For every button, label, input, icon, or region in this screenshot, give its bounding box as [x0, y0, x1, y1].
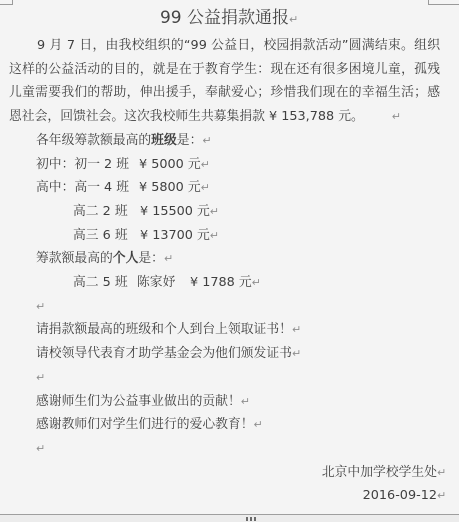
- title-text: 99 公益捐款通报: [160, 8, 289, 28]
- class-row-amount: ¥ 15500 元: [140, 204, 210, 219]
- empty-paragraph: ↵: [9, 366, 440, 390]
- class-row: 高三 6 班¥ 13700 元↵: [9, 224, 440, 248]
- document-window: { "colors": { "page_bg": "#f4f4f4", "tex…: [0, 0, 459, 522]
- heading-prefix: 筹款额最高的: [36, 251, 113, 266]
- scrollbar-drag-dots-icon[interactable]: [246, 517, 258, 521]
- individual-row: 高二 5 班陈家妤¥ 1788 元↵: [9, 271, 440, 295]
- individual-row-class: 高二 5 班: [73, 271, 137, 295]
- heading-suffix: 是：: [177, 133, 203, 148]
- class-row-label: 初中：初一 2 班: [36, 153, 139, 177]
- heading-bold: 班级: [151, 133, 177, 148]
- signature-date: 2016-09-12↵: [9, 484, 440, 508]
- heading-suffix: 是：: [138, 251, 164, 266]
- announcement-line: 请捐款额最高的班级和个人到台上领取证书！↵: [9, 318, 440, 342]
- thanks-text: 感谢师生们为公益事业做出的贡献！: [36, 394, 241, 409]
- heading-bold: 个人: [113, 251, 139, 266]
- thanks-line: 感谢教师们对学生们进行的爱心教育！↵: [9, 413, 440, 437]
- announcement-text: 请捐款额最高的班级和个人到台上领取证书！: [36, 322, 292, 337]
- class-row: 高中：高一 4 班¥ 5800 元↵: [9, 176, 440, 200]
- announcement-line: 请校领导代表育才助学基金会为他们颁发证书↵: [9, 342, 440, 366]
- empty-paragraph: ↵: [9, 437, 440, 461]
- class-section-heading: 各年级筹款额最高的班级是：↵: [9, 129, 440, 153]
- class-row-amount: ¥ 5000 元: [139, 157, 201, 172]
- announcement-text: 请校领导代表育才助学基金会为他们颁发证书: [36, 346, 292, 361]
- individual-section-heading: 筹款额最高的个人是：↵: [9, 247, 440, 271]
- thanks-text: 感谢教师们对学生们进行的爱心教育！: [36, 417, 254, 432]
- signature-org: 北京中加学校学生处↵: [9, 461, 440, 485]
- thanks-line: 感谢师生们为公益事业做出的贡献！↵: [9, 390, 440, 414]
- class-row: 高二 2 班¥ 15500 元↵: [9, 200, 440, 224]
- class-row-label: 高二 2 班: [73, 200, 140, 224]
- intro-paragraph: 9 月 7 日，由我校组织的“99 公益日，校园捐款活动”圆满结束。组织这样的公…: [9, 34, 440, 129]
- class-row-label: 高三 6 班: [73, 224, 140, 248]
- class-row: 初中：初一 2 班¥ 5000 元↵: [9, 153, 440, 177]
- document-page[interactable]: 99 公益捐款通报↵ 9 月 7 日，由我校组织的“99 公益日，校园捐款活动”…: [9, 0, 440, 508]
- signature-org-text: 北京中加学校学生处: [322, 465, 437, 480]
- intro-text: 9 月 7 日，由我校组织的“99 公益日，校园捐款活动”圆满结束。组织这样的公…: [9, 38, 440, 124]
- signature-date-text: 2016-09-12: [363, 488, 437, 503]
- class-row-amount: ¥ 5800 元: [139, 180, 201, 195]
- horizontal-scrollbar-track[interactable]: [0, 515, 459, 522]
- empty-paragraph: ↵: [9, 295, 440, 319]
- individual-row-amount: ¥ 1788 元: [190, 275, 252, 290]
- heading-prefix: 各年级筹款额最高的: [36, 133, 151, 148]
- class-row-amount: ¥ 13700 元: [140, 228, 210, 243]
- class-row-label: 高中：高一 4 班: [36, 176, 139, 200]
- document-title: 99 公益捐款通报↵: [9, 3, 440, 34]
- individual-row-name: 陈家妤: [137, 271, 190, 295]
